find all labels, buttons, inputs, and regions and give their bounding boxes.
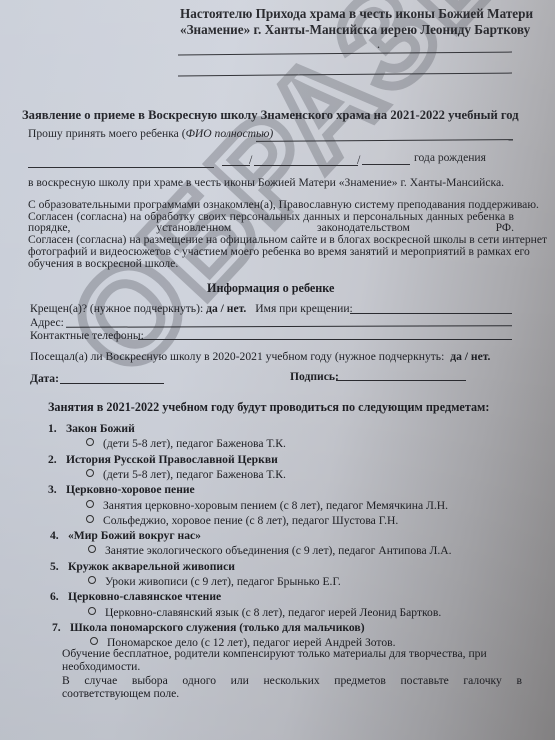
circle-bullet-icon [88,545,96,553]
circle-bullet-icon [86,515,94,523]
note-free-line-1: Обучение бесплатное, родители компенсиру… [62,647,487,660]
date-label: Дата: [30,372,59,385]
request-text: Прошу принять моего ребенка (ФИО полност… [28,127,273,140]
child-info-title: Информация о ребенке [207,281,334,296]
birth-year-field[interactable] [362,164,410,165]
subject-detail: Церковно-славянский язык (с 8 лет), педа… [88,606,441,619]
baptism-name-label: Имя при крещении: [255,302,353,315]
subject-item: 1.Закон Божий [48,422,135,435]
subject-name: Закон Божий [66,422,135,435]
signature-label: Подпись: [290,370,339,383]
date-field[interactable] [60,383,164,384]
subject-name: Церковно-славянское чтение [68,590,221,603]
school-line: в воскресную школу при храме в честь ико… [28,176,504,189]
request-italic: ФИО полностью) [186,127,274,140]
attended-options[interactable]: да / нет. [450,350,490,363]
phones-field[interactable] [138,339,512,340]
applicant-name-line-2[interactable] [178,73,512,77]
attended-label: Посещал(а) ли Воскресную школу в 2020-20… [30,350,444,363]
subject-name: История Русской Православной Церкви [66,453,278,466]
subject-name: Кружок акварельной живописи [68,560,235,573]
circle-bullet-icon [86,469,94,477]
baptized-label: Крещен(а)? (нужное подчеркнуть): [30,302,203,315]
subject-name: «Мир Божий вокруг нас» [68,529,201,542]
subject-item: 5.Кружок акварельной живописи [50,560,235,573]
subject-detail: (дети 5-8 лет), педагог Баженова Т.К. [86,437,286,450]
baptized-options[interactable]: да / нет. [206,302,246,315]
addressee-line-2: «Знамение» г. Ханты-Мансийска иерею Леон… [180,22,530,38]
subject-name: Церковно-хоровое пение [66,483,195,496]
subject-item: 7.Школа пономарского служения (только дл… [52,621,365,634]
attended-row: Посещал(а) ли Воскресную школу в 2020-20… [30,350,490,363]
subject-item: 2.История Русской Православной Церкви [48,453,278,466]
child-name-field-continued[interactable] [28,167,214,168]
signature-field[interactable] [336,380,466,381]
request-prefix: Прошу принять моего ребенка ( [28,127,186,140]
consent-line-6: обучения в воскресной школе. [28,257,178,270]
application-title: Заявление о приеме в Воскресную школу Зн… [22,108,519,123]
addressee-line-1: Настоятелю Прихода храма в честь иконы Б… [180,6,533,22]
subjects-title: Занятия в 2021-2022 учебном году будут п… [48,400,489,415]
subject-item: 6.Церковно-славянское чтение [50,590,221,603]
subject-number: 5. [50,560,68,573]
birth-day-field[interactable] [222,165,250,166]
subject-number: 4. [50,529,68,542]
subject-number: 2. [48,453,66,466]
date-slash-2: / [357,153,360,168]
subject-detail: (дети 5-8 лет), педагог Баженова Т.К. [86,468,286,481]
subject-number: 1. [48,422,66,435]
subject-number: 7. [52,621,70,634]
subject-item: 4.«Мир Божий вокруг нас» [50,529,201,542]
birth-month-field[interactable] [254,165,358,166]
subject-item: 3.Церковно-хоровое пение [48,483,195,496]
date-slash-1: / [249,153,252,168]
note-choice-line-2: соответствующем поле. [62,687,179,700]
note-choice-line-1: В случае выбора одного или нескольких пр… [62,674,522,687]
dot-mark: . [377,37,380,52]
applicant-name-line-1[interactable] [178,52,512,56]
address-field[interactable] [66,325,512,328]
child-name-field[interactable] [256,139,513,142]
circle-bullet-icon [90,637,98,645]
circle-bullet-icon [86,438,94,446]
birth-year-suffix: года рождения [414,151,486,164]
circle-bullet-icon [88,607,96,615]
subject-detail: Уроки живописи (с 9 лет), педагог Брыньк… [88,575,341,588]
address-label: Адрес: [30,316,64,329]
circle-bullet-icon [88,576,96,584]
baptism-name-field[interactable] [350,313,512,314]
subject-detail: Сольфеджио, хоровое пение (с 8 лет), пед… [86,514,398,527]
subject-number: 3. [48,483,66,496]
subject-detail: Занятия церковно-хоровым пением (с 8 лет… [86,499,448,512]
note-free-line-2: необходимости. [62,660,140,673]
subject-detail: Занятие экологического объединения (с 9 … [88,544,452,557]
phones-label: Контактные телефоны: [30,329,144,342]
circle-bullet-icon [86,500,94,508]
subject-name: Школа пономарского служения (только для … [70,621,365,634]
subject-number: 6. [50,590,68,603]
baptized-row: Крещен(а)? (нужное подчеркнуть): да / не… [30,302,353,315]
